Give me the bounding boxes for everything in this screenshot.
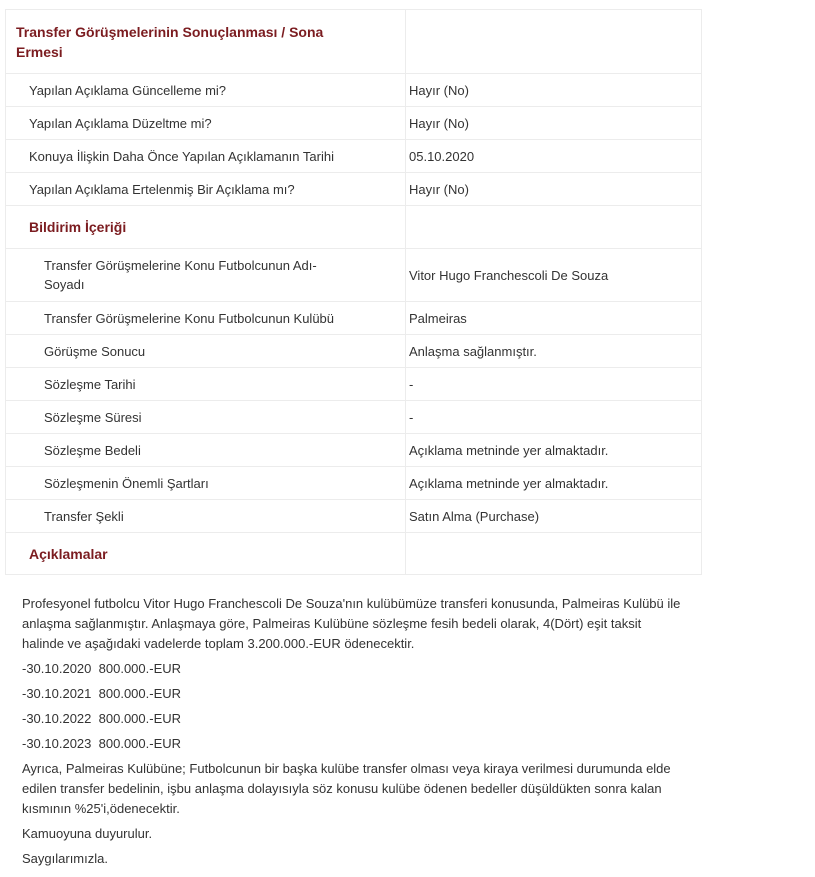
explanations-header-row: Açıklamalar [6,533,702,575]
row-value: 05.10.2020 [406,140,702,173]
table-row: Transfer Görüşmelerine Konu Futbolcunun … [6,302,702,335]
row-label: Yapılan Açıklama Güncelleme mi? [6,74,406,107]
disclosure-table: Transfer Görüşmelerinin Sonuçlanması / S… [5,9,702,575]
row-label: Sözleşme Süresi [6,401,406,434]
content-header-row: Bildirim İçeriği [6,206,702,249]
row-label: Konuya İlişkin Daha Önce Yapılan Açıklam… [6,140,406,173]
row-value: Açıklama metninde yer almaktadır. [406,467,702,500]
row-label: Sözleşme Bedeli [6,434,406,467]
explanation-text: Profesyonel futbolcu Vitor Hugo Franches… [22,594,682,874]
table-row: Yapılan Açıklama Ertelenmiş Bir Açıklama… [6,173,702,206]
table-row: Yapılan Açıklama Düzeltme mi? Hayır (No) [6,107,702,140]
row-label: Sözleşme Tarihi [6,368,406,401]
explanation-additional: Ayrıca, Palmeiras Kulübüne; Futbolcunun … [22,759,682,819]
row-label: Transfer Görüşmelerine Konu Futbolcunun … [6,249,406,302]
table-row: Sözleşmenin Önemli Şartları Açıklama met… [6,467,702,500]
announcement-text: Kamuoyuna duyurulur. [22,824,682,844]
table-row: Sözleşme Bedeli Açıklama metninde yer al… [6,434,702,467]
row-label: Transfer Görüşmelerine Konu Futbolcunun … [6,302,406,335]
installment-line: -30.10.2021 800.000.-EUR [22,684,682,704]
installment-line: -30.10.2020 800.000.-EUR [22,659,682,679]
installment-line: -30.10.2023 800.000.-EUR [22,734,682,754]
table-row: Sözleşme Süresi - [6,401,702,434]
explanations-title: Açıklamalar [6,533,406,575]
row-value: Hayır (No) [406,74,702,107]
installment-line: -30.10.2022 800.000.-EUR [22,709,682,729]
row-value: Hayır (No) [406,107,702,140]
table-row: Görüşme Sonucu Anlaşma sağlanmıştır. [6,335,702,368]
row-value: Açıklama metninde yer almaktadır. [406,434,702,467]
explanation-intro: Profesyonel futbolcu Vitor Hugo Franches… [22,594,682,654]
table-row: Yapılan Açıklama Güncelleme mi? Hayır (N… [6,74,702,107]
table-row: Transfer Şekli Satın Alma (Purchase) [6,500,702,533]
row-label: Yapılan Açıklama Düzeltme mi? [6,107,406,140]
closing-text: Saygılarımızla. [22,849,682,869]
content-title: Bildirim İçeriği [6,206,406,249]
row-value: Vitor Hugo Franchescoli De Souza [406,249,702,302]
row-value: Satın Alma (Purchase) [406,500,702,533]
row-value: Hayır (No) [406,173,702,206]
row-value: - [406,368,702,401]
row-label: Görüşme Sonucu [6,335,406,368]
row-value: Palmeiras [406,302,702,335]
section-title: Transfer Görüşmelerinin Sonuçlanması / S… [6,10,406,74]
table-row: Sözleşme Tarihi - [6,368,702,401]
section-header-row: Transfer Görüşmelerinin Sonuçlanması / S… [6,10,702,74]
row-label: Sözleşmenin Önemli Şartları [6,467,406,500]
row-value: Anlaşma sağlanmıştır. [406,335,702,368]
table-row: Transfer Görüşmelerine Konu Futbolcunun … [6,249,702,302]
table-row: Konuya İlişkin Daha Önce Yapılan Açıklam… [6,140,702,173]
row-label: Yapılan Açıklama Ertelenmiş Bir Açıklama… [6,173,406,206]
row-value: - [406,401,702,434]
row-label: Transfer Şekli [6,500,406,533]
